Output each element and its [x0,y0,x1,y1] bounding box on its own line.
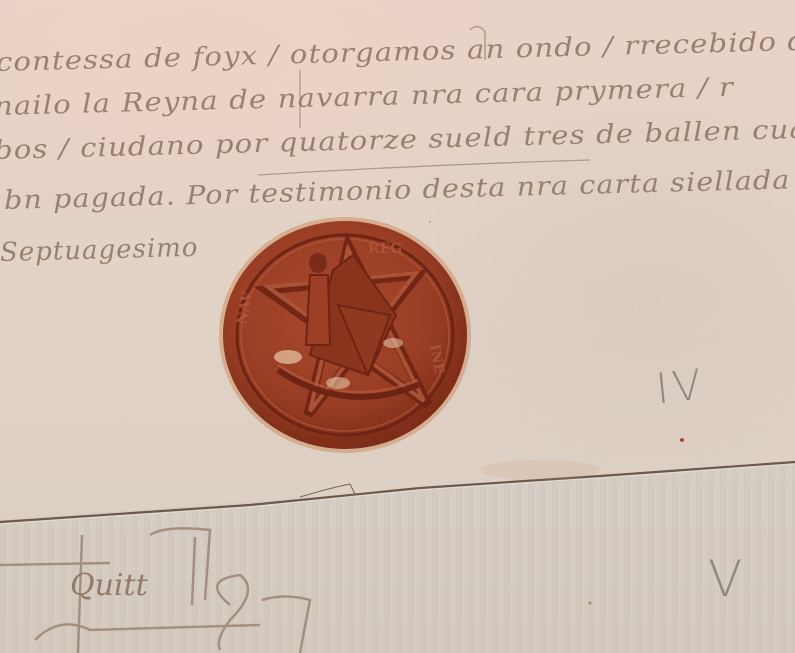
manuscript-photo: contessa de foyx / otorgamos an ondo / r… [0,0,795,653]
wax-seal: REG INE NAV [218,215,472,455]
signature-flourish: Quitt [0,505,400,653]
signature-text: Quitt [70,568,149,603]
pencil-mark-upper: IV [654,360,708,414]
seal-legend-top: REG [368,241,402,257]
pencil-mark-lower: V [708,550,746,608]
